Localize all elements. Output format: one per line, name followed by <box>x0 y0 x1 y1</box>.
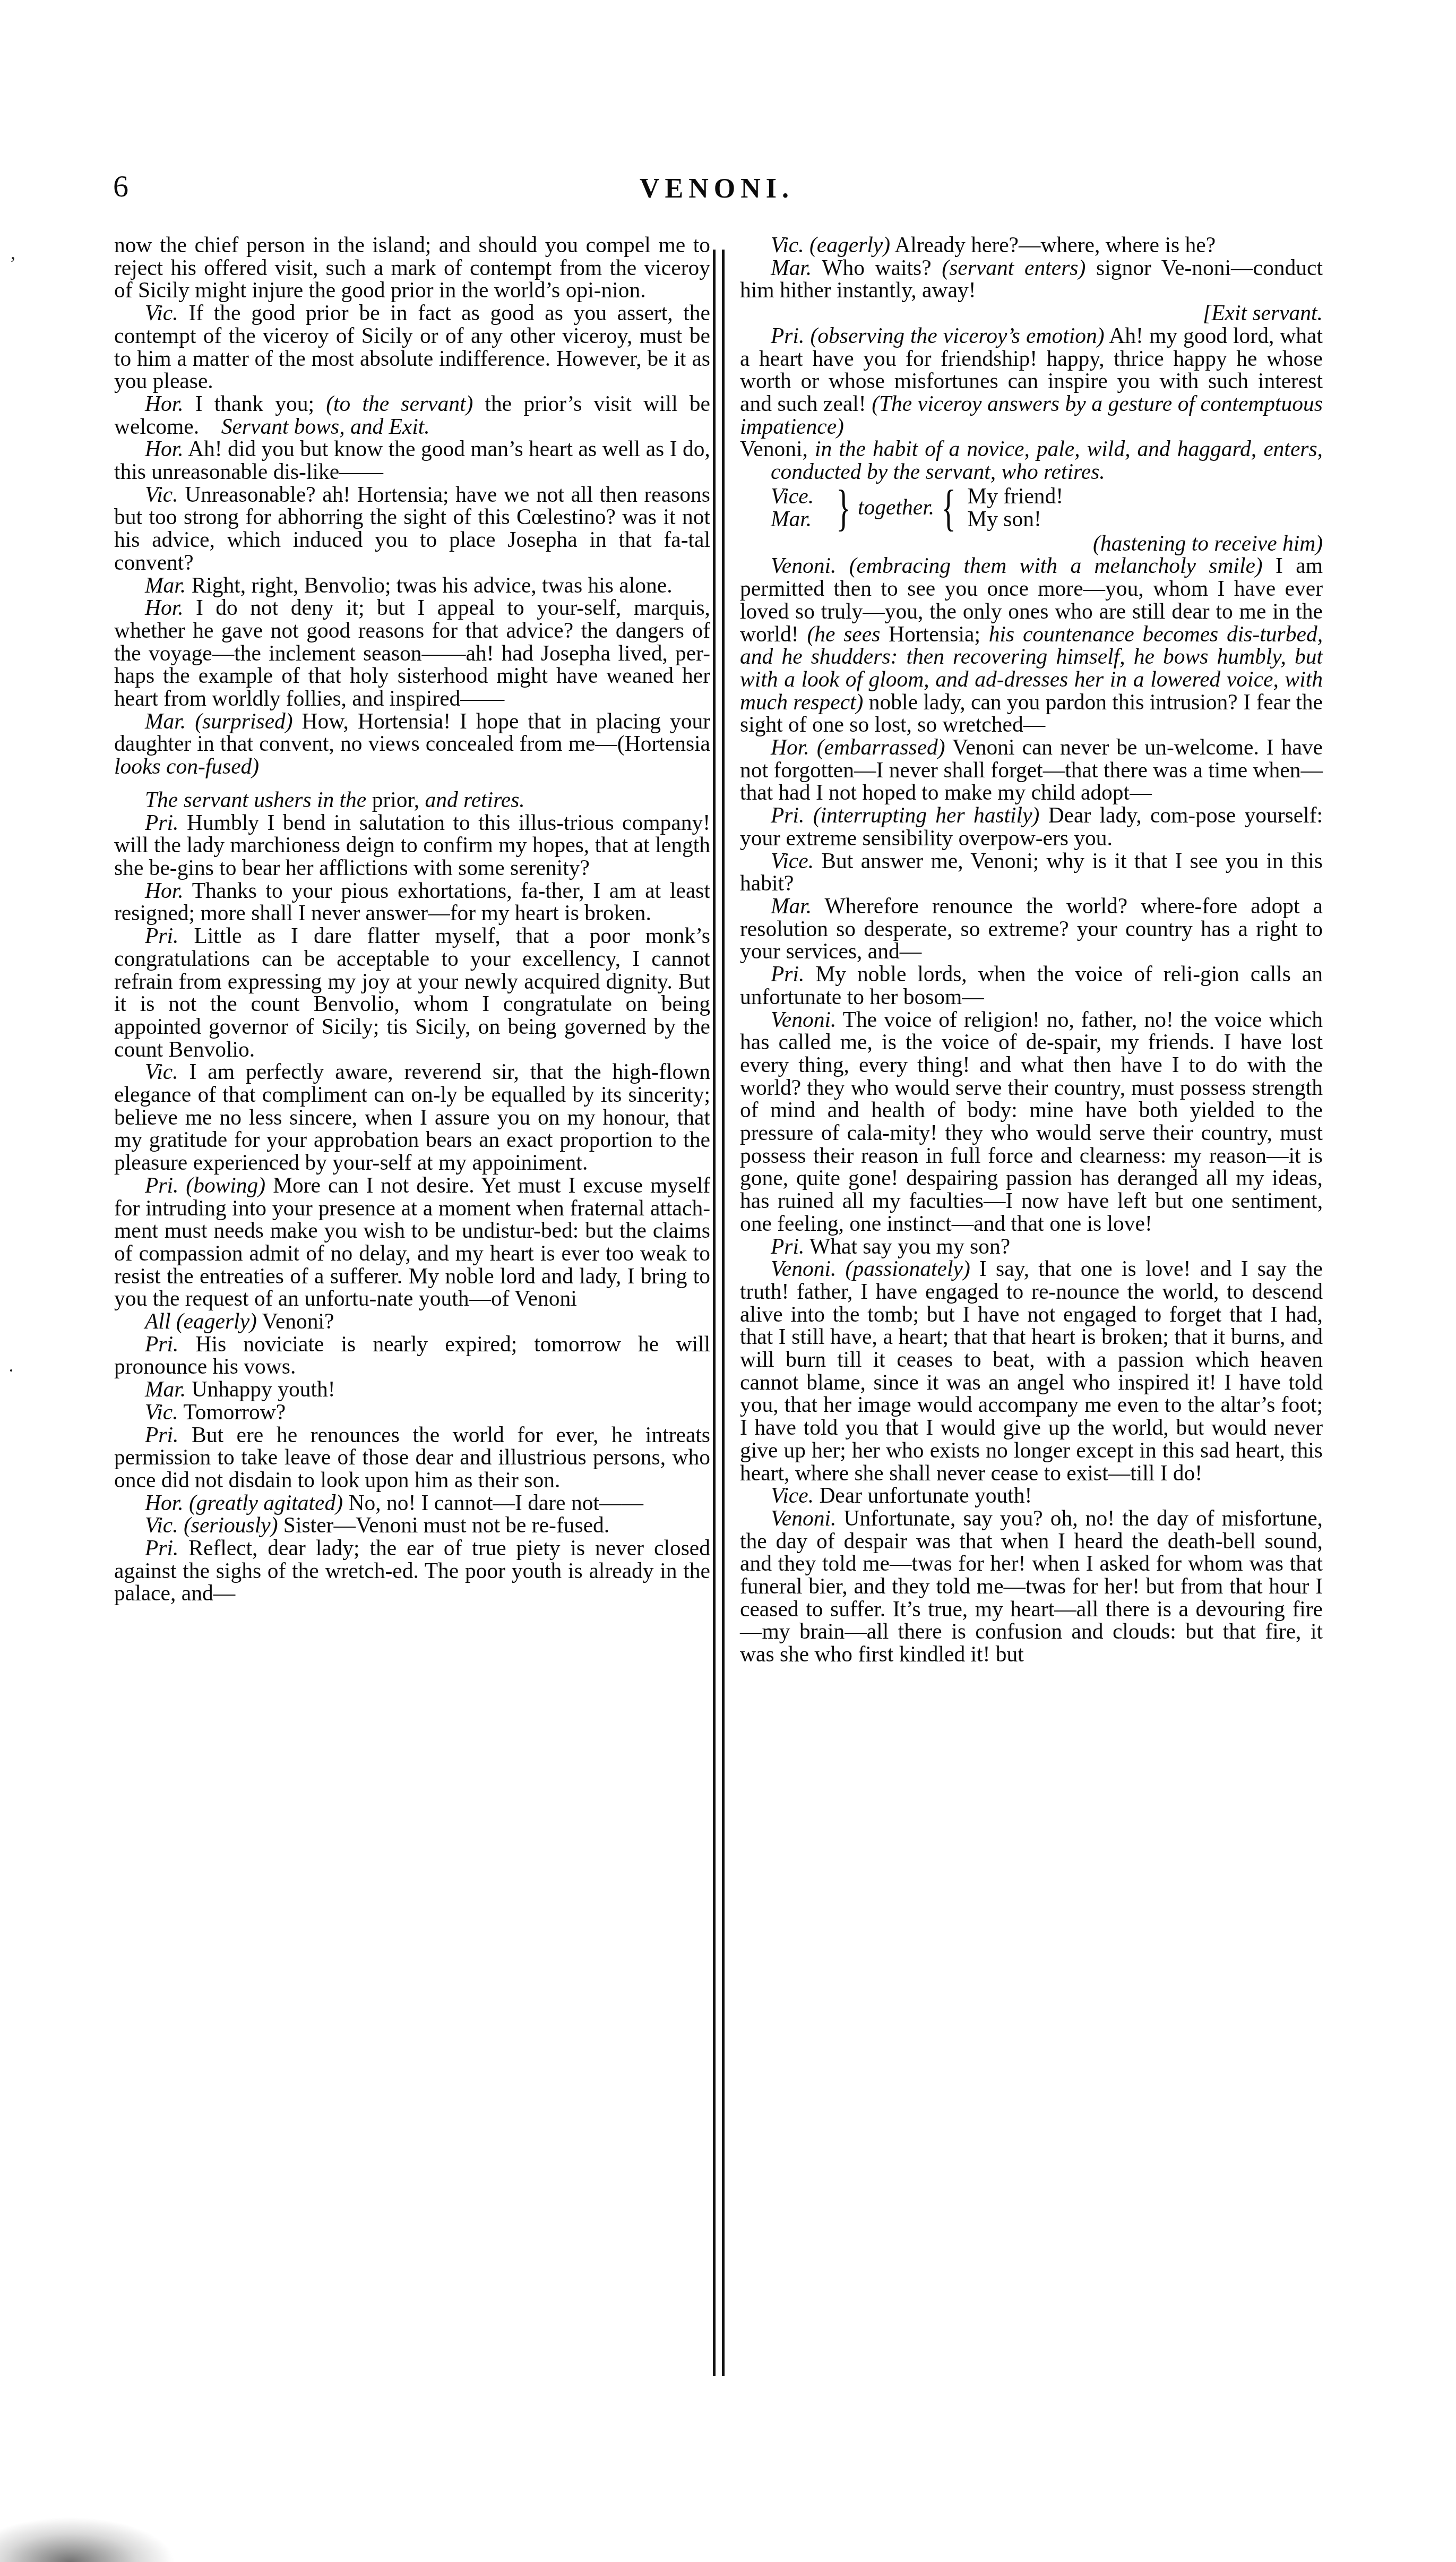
paragraph: Pri. Reflect, dear lady; the ear of true… <box>114 1537 710 1605</box>
together-lines: My friend! My son! <box>967 485 1063 530</box>
dialogue-text: Thanks to your pious exhortations, fa-th… <box>114 878 710 926</box>
page-number: 6 <box>113 171 128 202</box>
paragraph: Pri. What say you my son? <box>740 1235 1323 1258</box>
stage-direction: (to the servant) <box>326 391 473 416</box>
paragraph: Pri. Humbly I bend in salutation to this… <box>114 811 710 879</box>
speaker-label: Hor. <box>145 1490 184 1515</box>
speaker-label: Vice. <box>771 485 829 508</box>
paragraph: Vic. Unreasonable? ah! Hortensia; have w… <box>114 483 710 574</box>
stage-direction: (servant enters) <box>942 255 1085 280</box>
speaker-label: Mar. <box>145 573 186 597</box>
paragraph: Pri. But ere he renounces the world for … <box>114 1424 710 1492</box>
speaker-label: Vic. <box>145 1059 178 1084</box>
paragraph: Venoni. Unfortunate, say you? oh, no! th… <box>740 1507 1323 1666</box>
paragraph: Venoni. The voice of religion! no, fathe… <box>740 1008 1323 1235</box>
stage-direction: (eagerly) <box>809 233 890 257</box>
dialogue-text: Reflect, dear lady; the ear of true piet… <box>114 1536 710 1605</box>
dialogue-text: No, no! I cannot—I dare not—— <box>348 1490 643 1515</box>
together-speech-block: Vice. Mar. } together. { My friend! My s… <box>771 483 1323 532</box>
speaker-label: Hor. <box>145 436 184 461</box>
dialogue-text: Unreasonable? ah! Hortensia; have we not… <box>114 482 710 575</box>
dialogue-text: My son! <box>967 508 1063 530</box>
paragraph: Mar. (surprised) How, Hortensia! I hope … <box>114 710 710 778</box>
stage-direction: (seriously) <box>184 1513 278 1537</box>
paragraph: Mar. Who waits? (servant enters) signor … <box>740 256 1323 302</box>
paragraph: Vic. If the good prior be in fact as goo… <box>114 302 710 392</box>
paragraph: All (eagerly) Venoni? <box>114 1310 710 1333</box>
paragraph: Pri. (observing the viceroy’s emotion) A… <box>740 324 1323 438</box>
stage-direction: (hastening to receive him) <box>740 532 1323 555</box>
speaker-label: Vic. <box>771 233 804 257</box>
stage-direction: (bowing) <box>186 1173 265 1197</box>
paragraph: Hor. Thanks to your pious exhortations, … <box>114 879 710 924</box>
paragraph: now the chief person in the island; and … <box>114 234 710 302</box>
right-column: Vic. (eagerly) Already here?—where, wher… <box>740 234 1323 1666</box>
paragraph: Hor. I thank you; (to the servant) the p… <box>114 392 710 438</box>
scan-noise-artifact <box>0 2517 175 2562</box>
paragraph: Vice. But answer me, Venoni; why is it t… <box>740 850 1323 895</box>
speaker-label: Vic. <box>145 1513 178 1537</box>
speaker-label: Hor. <box>145 878 184 903</box>
together-label: together. <box>858 496 934 519</box>
stage-direction-paragraph: The servant ushers in the prior, and ret… <box>114 789 710 811</box>
speaker-label: Mar. <box>771 508 829 530</box>
character-name: Hortensia; <box>889 622 980 646</box>
stage-direction: looks con-fused) <box>114 754 259 778</box>
dialogue-text: Wherefore renounce the world? where-fore… <box>740 894 1323 963</box>
character-name: prior, <box>372 787 419 812</box>
speaker-label: Pri. <box>145 1173 178 1197</box>
dialogue-text: I am perfectly aware, reverend sir, that… <box>114 1059 710 1175</box>
speaker-label: Hor. <box>145 595 184 620</box>
left-brace-icon: { <box>941 482 956 533</box>
speaker-label: Pri. <box>145 1423 178 1447</box>
paragraph: Pri. (interrupting her hastily) Dear lad… <box>740 804 1323 849</box>
dialogue-text: My noble lords, when the voice of reli-g… <box>740 962 1323 1009</box>
stage-direction: (embracing them with a melancholy smile) <box>849 553 1263 578</box>
speaker-label: Mar. <box>771 894 812 918</box>
stage-direction: and retires. <box>425 787 524 812</box>
running-title: VENONI. <box>640 175 794 203</box>
together-speakers: Vice. Mar. <box>771 485 829 530</box>
paragraph: Pri. (bowing) More can I not desire. Yet… <box>114 1174 710 1310</box>
paragraph: Mar. Unhappy youth! <box>114 1378 710 1401</box>
paragraph: Pri. His noviciate is nearly expired; to… <box>114 1333 710 1378</box>
stage-direction: (surprised) <box>195 709 292 733</box>
speaker-label: Vice. <box>771 849 814 873</box>
stage-direction: The servant ushers in the <box>145 787 366 812</box>
stage-direction: (embarrassed) <box>817 735 945 759</box>
dialogue-text: now the chief person in the island; and … <box>114 233 710 302</box>
speaker-label: Vic. <box>145 1400 178 1424</box>
paragraph: Pri. My noble lords, when the voice of r… <box>740 963 1323 1008</box>
stage-direction: (observing the viceroy’s emotion) <box>810 323 1104 348</box>
stage-direction: in the habit of a novice, pale, wild, an… <box>771 436 1323 484</box>
dialogue-text: Venoni? <box>262 1309 334 1333</box>
left-column: now the chief person in the island; and … <box>114 234 710 1605</box>
dialogue-text: The voice of religion! no, father, no! t… <box>740 1007 1323 1236</box>
right-brace-icon: } <box>836 482 851 533</box>
paragraph: Hor. (greatly agitated) No, no! I cannot… <box>114 1492 710 1514</box>
speaker-label: Venoni. <box>771 1506 836 1530</box>
paragraph: Vic. (seriously) Sister—Venoni must not … <box>114 1514 710 1537</box>
stage-direction: (eagerly) <box>176 1309 257 1333</box>
paragraph: Hor. (embarrassed) Venoni can never be u… <box>740 736 1323 804</box>
exit-direction: [Exit servant. <box>740 302 1323 324</box>
dialogue-text: Sister—Venoni must not be re-fused. <box>283 1513 609 1537</box>
dialogue-text: My friend! <box>967 485 1063 508</box>
paragraph: Venoni. (passionately) I say, that one i… <box>740 1257 1323 1484</box>
column-divider-double-rule <box>713 250 725 2376</box>
speaker-label: Venoni. <box>771 553 836 578</box>
paragraph: Venoni. (embracing them with a melanchol… <box>740 554 1323 736</box>
paragraph: Mar. Right, right, Benvolio; twas his ad… <box>114 574 710 597</box>
dialogue-text: Unfortunate, say you? oh, no! the day of… <box>740 1506 1323 1666</box>
paragraph: Pri. Little as I dare flatter myself, th… <box>114 924 710 1060</box>
speaker-label: Mar. <box>145 709 186 733</box>
dialogue-text: If the good prior be in fact as good as … <box>114 301 710 393</box>
dialogue-text: I say, that one is love! and I say the t… <box>740 1256 1323 1485</box>
speaker-label: Pri. <box>771 962 804 986</box>
dialogue-text: I thank you; <box>195 391 314 416</box>
dialogue-text: Right, right, Benvolio; twas his advice,… <box>192 573 673 597</box>
scan-speck: · <box>8 1359 14 1382</box>
speaker-label: Mar. <box>771 255 812 280</box>
paragraph: Vic. I am perfectly aware, reverend sir,… <box>114 1060 710 1174</box>
speaker-label: Hor. <box>145 391 184 416</box>
speaker-label: Venoni. <box>771 1007 836 1032</box>
paragraph: Vice. Dear unfortunate youth! <box>740 1484 1323 1507</box>
character-name: Venoni, <box>740 436 808 461</box>
entrance-direction: Venoni, in the habit of a novice, pale, … <box>740 438 1323 483</box>
speaker-label: Mar. <box>145 1377 186 1401</box>
stage-direction: (greatly agitated) <box>189 1490 343 1515</box>
speaker-label: Vice. <box>771 1483 814 1507</box>
speaker-label: Pri. <box>771 803 804 827</box>
speaker-label: Pri. <box>145 810 178 835</box>
dialogue-text: His noviciate is nearly expired; tomorro… <box>114 1332 710 1379</box>
speaker-label: Venoni. <box>771 1256 836 1281</box>
dialogue-text: But answer me, Venoni; why is it that I … <box>740 849 1323 896</box>
stage-direction: (he sees <box>807 622 880 646</box>
scan-speck: , <box>11 242 15 264</box>
speaker-label: Vic. <box>145 301 178 325</box>
dialogue-text: I do not deny it; but I appeal to your-s… <box>114 595 710 710</box>
dialogue-text: Who waits? <box>822 255 931 280</box>
paragraph: Hor. I do not deny it; but I appeal to y… <box>114 596 710 710</box>
dialogue-text: But ere he renounces the world for ever,… <box>114 1423 710 1492</box>
stage-direction: Servant bows, and Exit. <box>221 414 430 439</box>
speaker-label: Pri. <box>145 1332 178 1356</box>
dialogue-text: Ah! did you but know the good man’s hear… <box>114 436 710 484</box>
paragraph: Hor. Ah! did you but know the good man’s… <box>114 438 710 483</box>
speaker-label: Pri. <box>145 1536 178 1560</box>
dialogue-text: Tomorrow? <box>183 1400 286 1424</box>
stage-direction: (passionately) <box>846 1256 970 1281</box>
dialogue-text: Little as I dare flatter myself, that a … <box>114 923 710 1061</box>
dialogue-text: Dear unfortunate youth! <box>819 1483 1032 1507</box>
dialogue-text: Humbly I bend in salutation to this illu… <box>114 810 710 880</box>
dialogue-text: What say you my son? <box>809 1234 1010 1258</box>
dialogue-text: Already here?—where, where is he? <box>894 233 1216 257</box>
speaker-label: Vic. <box>145 482 178 507</box>
speaker-label: Pri. <box>771 323 804 348</box>
paragraph: Vic. Tomorrow? <box>114 1401 710 1424</box>
speaker-label: Pri. <box>771 1234 804 1258</box>
speaker-label: Hor. <box>771 735 809 759</box>
stage-direction: (interrupting her hastily) <box>813 803 1040 827</box>
dialogue-text: Unhappy youth! <box>192 1377 335 1401</box>
speaker-label: Pri. <box>145 923 178 948</box>
paragraph: Mar. Wherefore renounce the world? where… <box>740 895 1323 963</box>
speaker-label: All <box>145 1309 170 1333</box>
paragraph: Vic. (eagerly) Already here?—where, wher… <box>740 234 1323 256</box>
